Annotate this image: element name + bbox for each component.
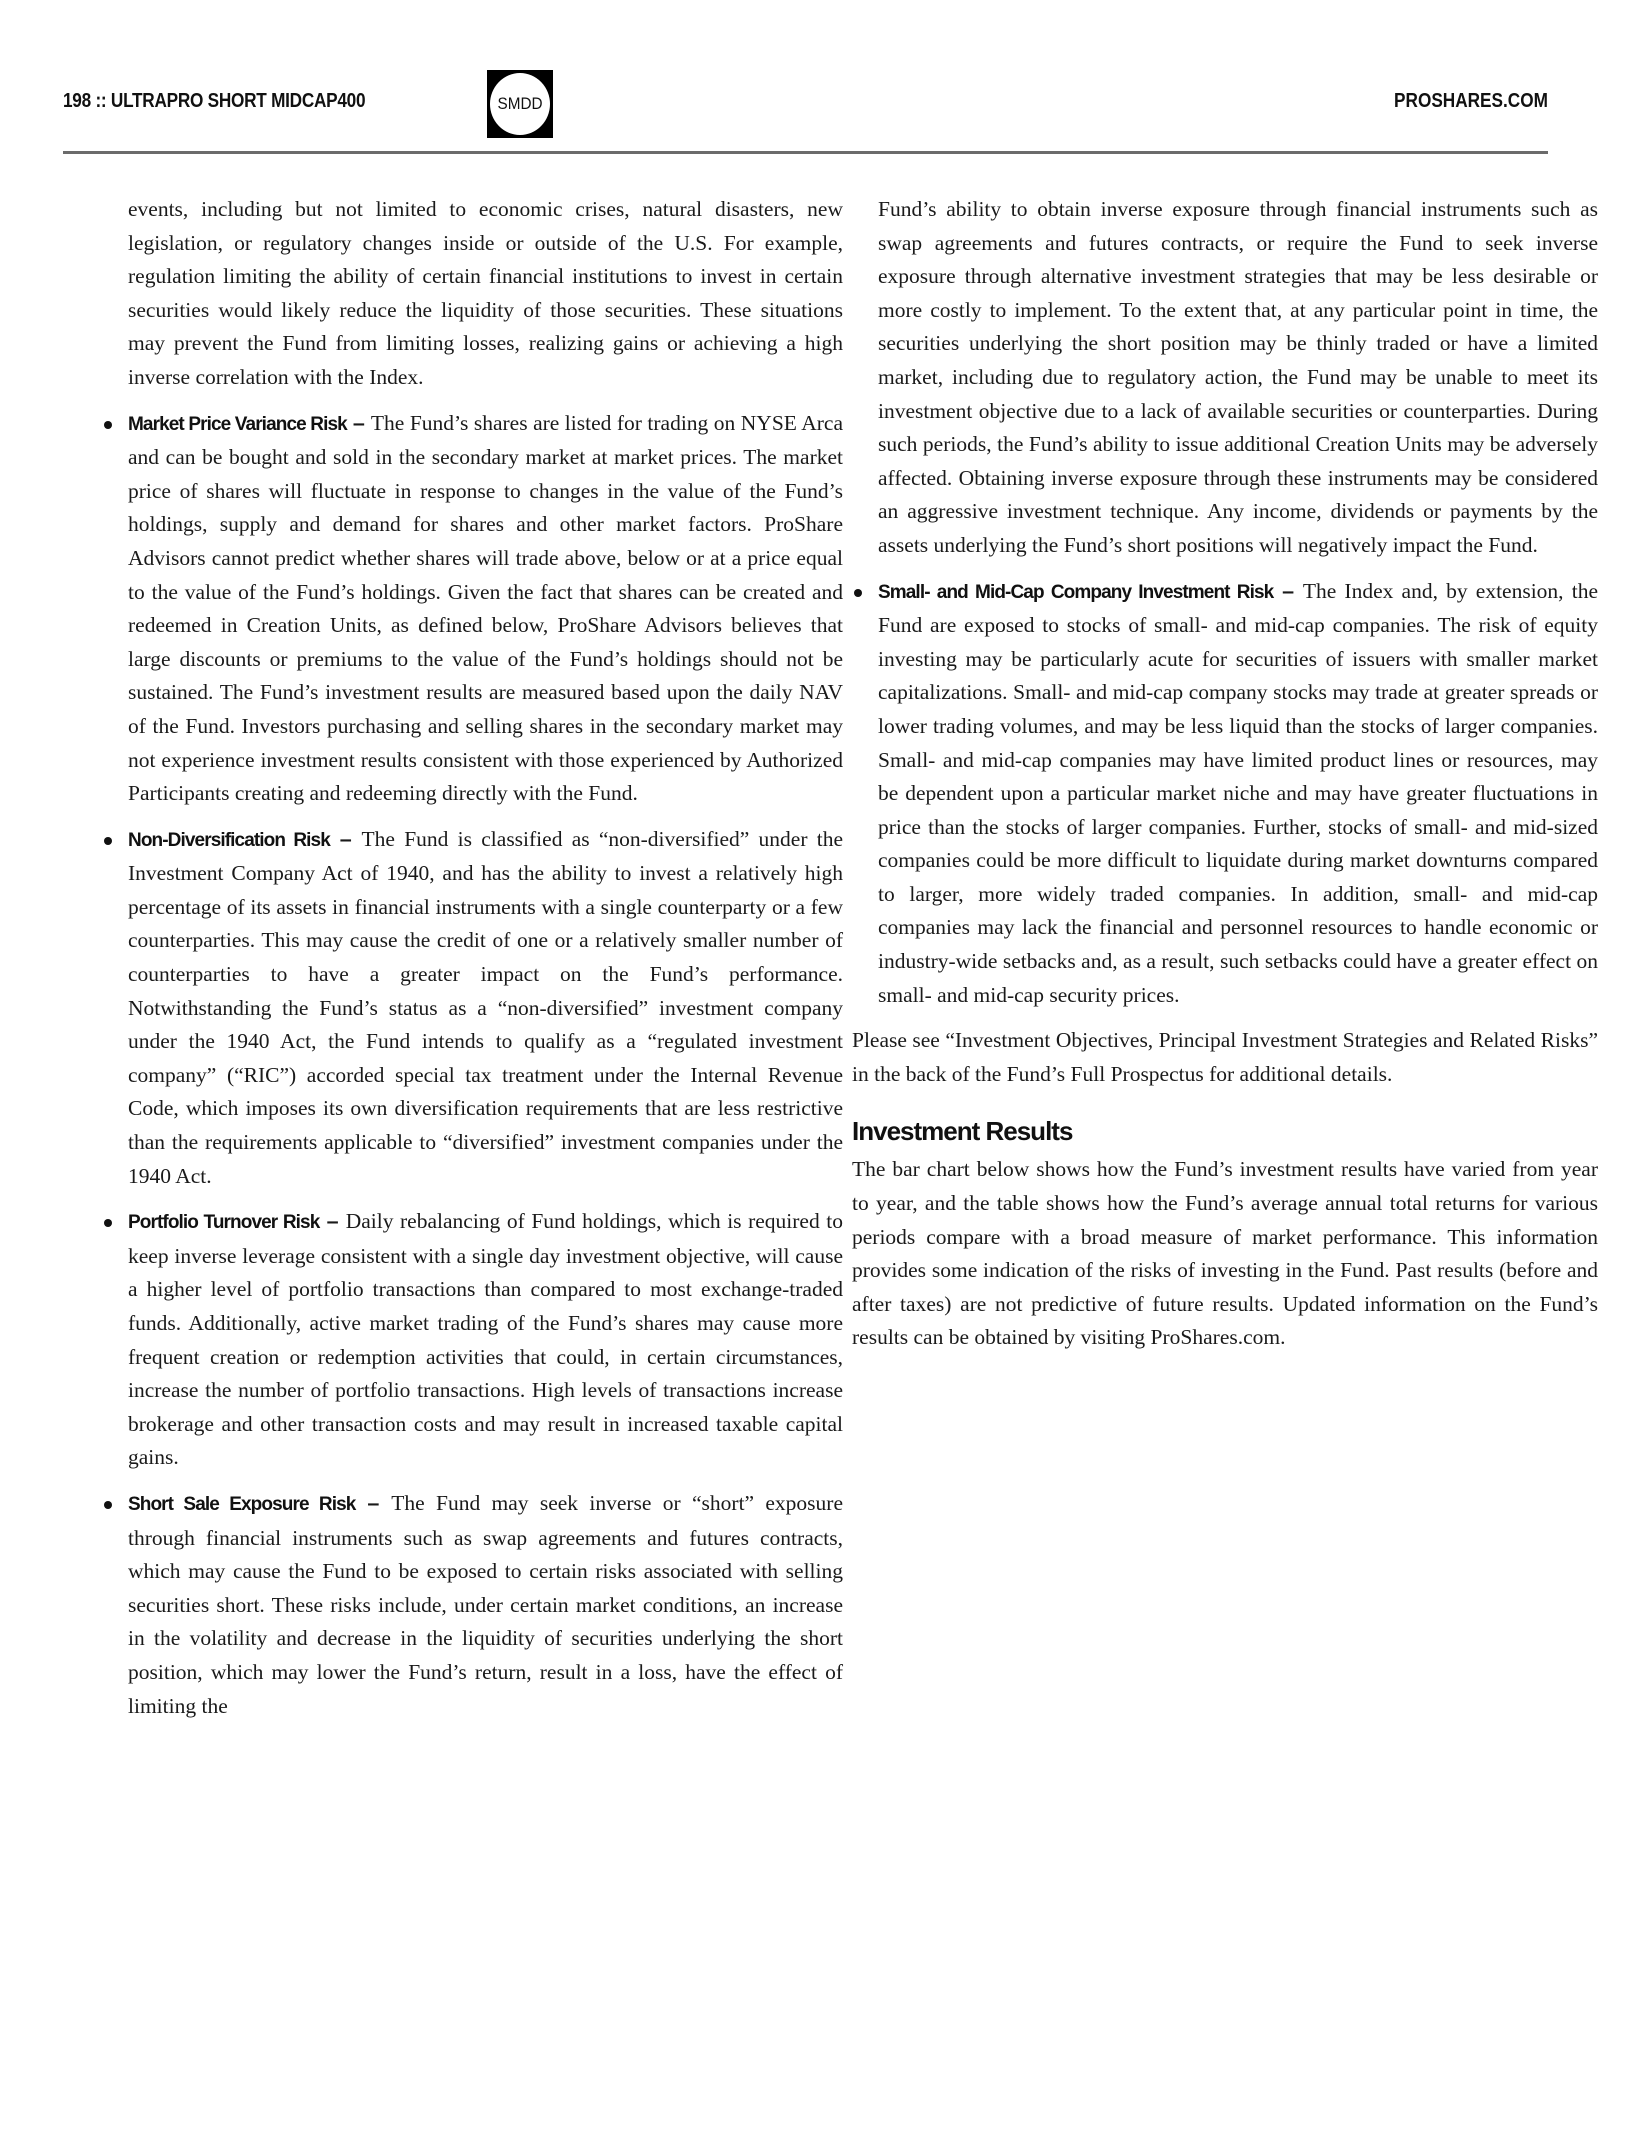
- risk-item-portfolio-turnover: Portfolio Turnover Risk – Daily rebalanc…: [128, 1205, 843, 1475]
- risk-separator: –: [330, 827, 362, 851]
- left-column: events, including but not limited to eco…: [128, 193, 843, 1723]
- page-header: 198 :: ULTRAPRO SHORT MIDCAP400 SMDD PRO…: [0, 0, 1650, 160]
- risk-title: Portfolio Turnover Risk: [128, 1212, 319, 1233]
- bullet-icon: [854, 589, 862, 597]
- section-heading-investment-results: Investment Results: [852, 1113, 1598, 1149]
- risk-body: The Index and, by extension, the Fund ar…: [878, 579, 1598, 1007]
- risk-item-market-price-variance: Market Price Variance Risk – The Fund’s …: [128, 407, 843, 811]
- risk-title: Market Price Variance Risk: [128, 414, 347, 435]
- risk-title: Short Sale Exposure Risk: [128, 1494, 355, 1515]
- risk-body: The Fund is classified as “non-diversifi…: [128, 827, 843, 1188]
- right-column: Fund’s ability to obtain inverse exposur…: [878, 193, 1598, 1355]
- see-also-note: Please see “Investment Objectives, Princ…: [852, 1024, 1598, 1091]
- site-label: PROSHARES.COM: [1394, 90, 1548, 113]
- risk-separator: –: [319, 1209, 345, 1233]
- risk-separator: –: [355, 1491, 391, 1515]
- risk-title: Small- and Mid-Cap Company Investment Ri…: [878, 582, 1273, 603]
- risk-body: The Fund may seek inverse or “short” exp…: [128, 1491, 843, 1718]
- page-label: 198 :: ULTRAPRO SHORT MIDCAP400: [63, 90, 365, 113]
- intro-continuation: events, including but not limited to eco…: [128, 193, 843, 395]
- risk-title: Non-Diversification Risk: [128, 830, 330, 851]
- risk-item-non-diversification: Non-Diversification Risk – The Fund is c…: [128, 823, 843, 1194]
- ticker-symbol: SMDD: [497, 94, 542, 114]
- bullet-icon: [104, 1219, 112, 1227]
- risk-body: The Fund’s shares are listed for trad­in…: [128, 411, 843, 806]
- risk-separator: –: [347, 411, 371, 435]
- short-sale-continuation: Fund’s ability to obtain inverse exposur…: [878, 193, 1598, 563]
- risk-body: Daily rebalancing of Fund holdings, whic…: [128, 1209, 843, 1469]
- risk-separator: –: [1273, 579, 1303, 603]
- ticker-circle-icon: SMDD: [490, 73, 550, 135]
- investment-results-body: The bar chart below shows how the Fund’s…: [852, 1153, 1598, 1355]
- bullet-icon: [104, 837, 112, 845]
- bullet-icon: [104, 1501, 112, 1509]
- ticker-badge: SMDD: [487, 70, 553, 138]
- header-divider: [63, 151, 1548, 154]
- bullet-icon: [104, 421, 112, 429]
- risk-item-small-mid-cap: Small- and Mid-Cap Company Investment Ri…: [878, 575, 1598, 1013]
- risk-item-short-sale-exposure: Short Sale Exposure Risk – The Fund may …: [128, 1487, 843, 1723]
